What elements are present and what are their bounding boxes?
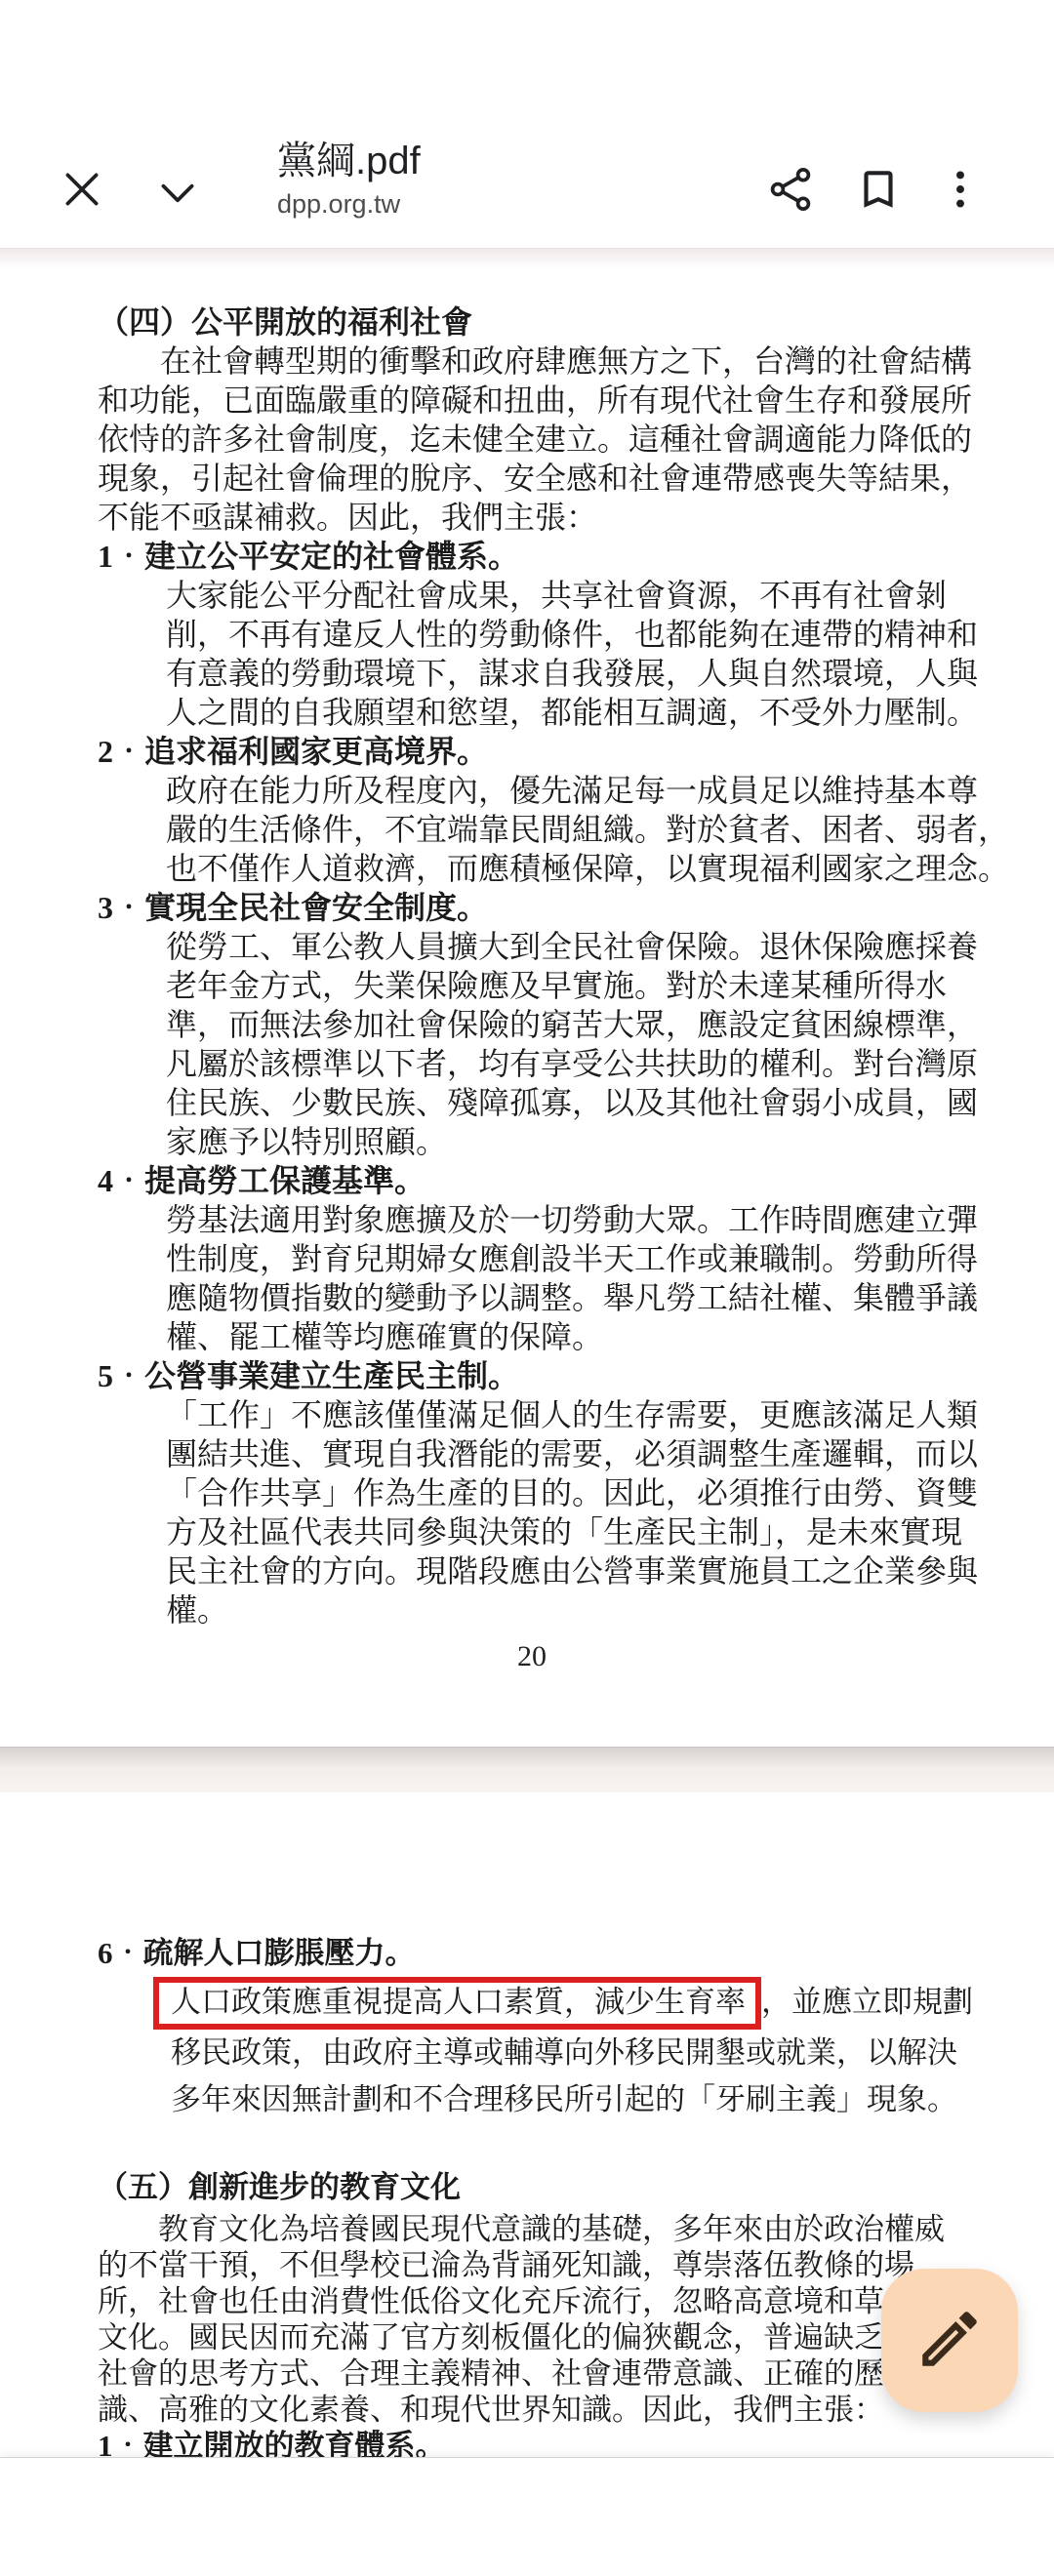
- item-6-body-lines: 移民政策，由政府主導或輔導向外移民開墾或就業，以解決多年來因無計劃和不合理移民所…: [171, 2030, 971, 2123]
- text-line: 「工作」不應該僅僅滿足個人的生存需要，更應該滿足人類: [166, 1395, 966, 1434]
- page-number: 20: [98, 1637, 966, 1676]
- page-gap: [0, 1747, 1054, 1792]
- text-line: 「合作共享」作為生產的目的。因此，必須推行由勞、資雙: [166, 1473, 966, 1512]
- document-source: dpp.org.tw: [277, 185, 726, 222]
- red-annotation-box: 人口政策應重視提高人口素質，減少生育率: [153, 1977, 761, 2030]
- item-2-marker: 2‧: [98, 734, 144, 769]
- item-5-body: 「工作」不應該僅僅滿足個人的生存需要，更應該滿足人類團結共進、實現自我潛能的需要…: [166, 1395, 966, 1630]
- text-line: 住民族、少數民族、殘障孤寡，以及其他社會弱小成員，國: [166, 1083, 966, 1122]
- item-1: 1‧建立公平安定的社會體系。 大家能公平分配社會成果，共享社會資源，不再有社會剝…: [98, 537, 966, 732]
- close-icon: [58, 165, 106, 214]
- item-4-marker: 4‧: [98, 1163, 144, 1198]
- item-3-body: 從勞工、軍公教人員擴大到全民社會保險。退休保險應採養老年金方式，失業保險應及早實…: [166, 927, 966, 1161]
- item-6-marker: 6‧: [98, 1936, 143, 1970]
- item-5: 5‧公營事業建立生產民主制。 「工作」不應該僅僅滿足個人的生存需要，更應該滿足人…: [98, 1356, 966, 1630]
- collapse-button[interactable]: [146, 162, 209, 224]
- item-2-title: 追求福利國家更高境界。: [144, 734, 488, 769]
- share-icon: [765, 164, 816, 215]
- item-2: 2‧追求福利國家更高境界。 政府在能力所及程度內，優先滿足每一成員足以維持基本尊…: [98, 732, 966, 888]
- item-1-title: 建立公平安定的社會體系。: [144, 539, 519, 574]
- share-button[interactable]: [759, 158, 822, 221]
- text-line: 老年金方式，失業保險應及早實施。對於未達某種所得水: [166, 966, 966, 1005]
- text-line: 權。: [166, 1590, 966, 1630]
- pdf-page-20[interactable]: （四）公平開放的福利社會 在社會轉型期的衝擊和政府肆應無方之下，台灣的社會結構和…: [98, 302, 966, 1676]
- text-line: 的不當干預，不但學校已淪為背誦死知識，尊崇落伍教條的場: [98, 2247, 971, 2283]
- text-line: 所，社會也任由消費性低俗文化充斥流行，忽略高意境和草根性: [98, 2283, 971, 2319]
- pdf-viewer-screen: { "header": { "title": "黨綱.pdf", "subtit…: [0, 0, 1054, 2576]
- text-line: 準，而無法參加社會保險的窮苦大眾，應設定貧困線標準，: [166, 1005, 966, 1044]
- item-5-marker: 5‧: [98, 1358, 144, 1393]
- item-3-marker: 3‧: [98, 890, 144, 925]
- item-4-body: 勞基法適用對象應擴及於一切勞動大眾。工作時間應建立彈性制度，對育兒期婦女應創設半…: [166, 1200, 966, 1356]
- text-line: 方及社區代表共同參與決策的「生產民主制」，是未來實現: [166, 1512, 966, 1551]
- document-title-block: 黨綱.pdf dpp.org.tw: [277, 137, 726, 222]
- after-highlight-text: ，並應立即規劃: [761, 1985, 973, 2019]
- text-line: 大家能公平分配社會成果，共享社會資源，不再有社會剝: [166, 576, 966, 615]
- item-2-body: 政府在能力所及程度內，優先滿足每一成員足以維持基本尊嚴的生活條件，不宜端靠民間組…: [166, 771, 966, 888]
- text-line: 性制度，對育兒期婦女應創設半天工作或兼職制。勞動所得: [166, 1239, 966, 1278]
- item-1-body: 大家能公平分配社會成果，共享社會資源，不再有社會剝削，不再有違反人性的勞動條件，…: [166, 576, 966, 732]
- text-line: 應隨物價指數的變動予以調整。舉凡勞工結社權、集體爭議: [166, 1278, 966, 1317]
- text-line: 識、高雅的文化素養、和現代世界知識。因此，我們主張：: [98, 2392, 971, 2428]
- document-title: 黨綱.pdf: [277, 137, 726, 185]
- text-line: 家應予以特別照顧。: [166, 1122, 966, 1161]
- text-line: 政府在能力所及程度內，優先滿足每一成員足以維持基本尊: [166, 771, 966, 810]
- bottom-bar: [0, 2457, 1054, 2576]
- text-line: 團結共進、實現自我潛能的需要，必須調整生產邏輯，而以: [166, 1434, 966, 1473]
- text-line: 不能不亟謀補救。因此，我們主張：: [98, 498, 966, 537]
- bookmark-button[interactable]: [847, 158, 910, 221]
- item-4-title: 提高勞工保護基準。: [144, 1163, 426, 1198]
- text-line: 人之間的自我願望和慾望，都能相互調適，不受外力壓制。: [166, 693, 966, 732]
- item-4: 4‧提高勞工保護基準。 勞基法適用對象應擴及於一切勞動大眾。工作時間應建立彈性制…: [98, 1161, 966, 1356]
- item-6: 6‧疏解人口膨脹壓力。 人口政策應重視提高人口素質，減少生育率，並應立即規劃 移…: [98, 1930, 971, 2123]
- item-1-marker: 1‧: [98, 539, 144, 574]
- text-line: 教育文化為培養國民現代意識的基礎，多年來由於政治權威: [98, 2211, 971, 2247]
- section-4-heading: （四）公平開放的福利社會: [98, 302, 966, 342]
- text-line: 多年來因無計劃和不合理移民所引起的「牙刷主義」現象。: [171, 2076, 971, 2123]
- highlighted-line: 人口政策應重視提高人口素質，減少生育率，並應立即規劃: [171, 1977, 971, 2030]
- item-3: 3‧實現全民社會安全制度。 從勞工、軍公教人員擴大到全民社會保險。退休保險應採養…: [98, 888, 966, 1161]
- text-line: 凡屬於該標準以下者，均有享受公共扶助的權利。對台灣原: [166, 1044, 966, 1083]
- text-line: 文化。國民因而充滿了官方刻板僵化的偏狹觀念，普遍缺乏現代: [98, 2319, 971, 2355]
- text-line: 權、罷工權等均應確實的保障。: [166, 1317, 966, 1356]
- item-6-title: 疏解人口膨脹壓力。: [143, 1936, 416, 1970]
- text-line: 在社會轉型期的衝擊和政府肆應無方之下，台灣的社會結構: [98, 342, 966, 381]
- app-bar-shadow: [0, 249, 1054, 268]
- text-line: 有意義的勞動環境下，謀求自我發展，人與自然環境，人與: [166, 654, 966, 693]
- three-dot-menu-icon: [936, 165, 985, 214]
- overflow-menu-button[interactable]: [929, 158, 992, 221]
- text-line: 勞基法適用對象應擴及於一切勞動大眾。工作時間應建立彈: [166, 1200, 966, 1239]
- item-3-title: 實現全民社會安全制度。: [144, 890, 488, 925]
- pdf-page-21[interactable]: 6‧疏解人口膨脹壓力。 人口政策應重視提高人口素質，減少生育率，並應立即規劃 移…: [98, 1930, 971, 2477]
- text-line: 也不僅作人道救濟，而應積極保障，以實現福利國家之理念。: [166, 849, 966, 888]
- section-5-heading: （五）創新進步的教育文化: [98, 2168, 971, 2207]
- close-button[interactable]: [51, 158, 113, 221]
- text-line: 民主社會的方向。現階段應由公營事業實施員工之企業參與: [166, 1551, 966, 1590]
- edit-fab[interactable]: [881, 2269, 1018, 2412]
- text-line: 現象，引起社會倫理的脫序、安全感和社會連帶感喪失等結果，: [98, 459, 966, 498]
- section-5-intro: 教育文化為培養國民現代意識的基礎，多年來由於政治權威的不當干預，不但學校已淪為背…: [98, 2211, 971, 2428]
- text-line: 削，不再有違反人性的勞動條件，也都能夠在連帶的精神和: [166, 615, 966, 654]
- text-line: 依恃的許多社會制度，迄未健全建立。這種社會調適能力降低的: [98, 420, 966, 459]
- item-5-title: 公營事業建立生產民主制。: [144, 1358, 519, 1393]
- text-line: 嚴的生活條件，不宜端靠民間組織。對於貧者、困者、弱者，: [166, 810, 966, 849]
- section-4-intro: 在社會轉型期的衝擊和政府肆應無方之下，台灣的社會結構和功能，已面臨嚴重的障礙和扭…: [98, 342, 966, 537]
- item-6-body: 人口政策應重視提高人口素質，減少生育率，並應立即規劃 移民政策，由政府主導或輔導…: [171, 1977, 971, 2123]
- chevron-down-icon: [153, 169, 202, 218]
- app-bar: 黨綱.pdf dpp.org.tw: [0, 137, 1054, 246]
- text-line: 從勞工、軍公教人員擴大到全民社會保險。退休保險應採養: [166, 927, 966, 966]
- pencil-icon: [913, 2303, 986, 2378]
- text-line: 和功能，已面臨嚴重的障礙和扭曲，所有現代社會生存和發展所: [98, 381, 966, 420]
- text-line: 移民政策，由政府主導或輔導向外移民開墾或就業，以解決: [171, 2030, 971, 2076]
- text-line: 社會的思考方式、合理主義精神、社會連帶意識、正確的歷史知: [98, 2355, 971, 2392]
- bookmark-icon: [854, 165, 903, 214]
